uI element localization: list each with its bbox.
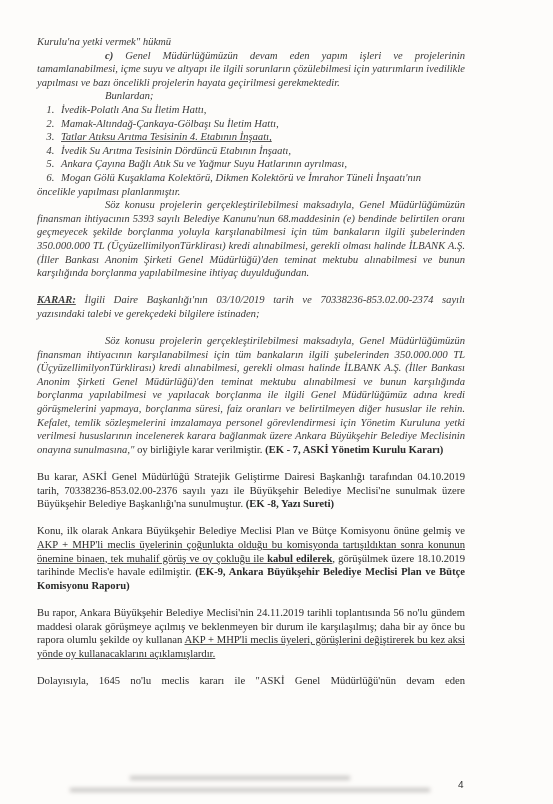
paragraph-soz-1: Söz konusu projelerin gerçekleştirilebil… bbox=[37, 199, 465, 281]
page-body: Kurulu'na yetki vermek" hükmü c) Genel M… bbox=[37, 36, 465, 689]
paragraph-soz-2: Söz konusu projelerin gerçekleştirilebil… bbox=[37, 335, 465, 457]
list-item: İvedik Su Arıtma Tesisinin Dördüncü Etab… bbox=[57, 145, 465, 159]
paragraph-bu-karar: Bu karar, ASKİ Genel Müdürlüğü Stratejik… bbox=[37, 471, 465, 512]
paragraph-c: c) Genel Müdürlüğümüzün devam eden yapım… bbox=[37, 50, 465, 91]
list-tail: öncelikle yapılması planlanmıştır. bbox=[37, 186, 465, 200]
paragraph-rapor: Bu rapor, Ankara Büyükşehir Belediye Mec… bbox=[37, 607, 465, 661]
list-item: Mogan Gölü Kuşaklama Kolektörü, Dikmen K… bbox=[57, 172, 465, 186]
document-page: Kurulu'na yetki vermek" hükmü c) Genel M… bbox=[0, 0, 553, 804]
list-item: Tatlar Atıksu Arıtma Tesisinin 4. Etabın… bbox=[57, 131, 465, 145]
paragraph-karar: KARAR: İlgili Daire Başkanlığı'nın 03/10… bbox=[37, 294, 465, 321]
intro-line: Kurulu'na yetki vermek" hükmü bbox=[37, 36, 465, 50]
page-number: 4 bbox=[458, 780, 464, 791]
paragraph-konu: Konu, ilk olarak Ankara Büyükşehir Beled… bbox=[37, 525, 465, 593]
project-list: İvedik-Polatlı Ana Su İletim Hattı, Mama… bbox=[37, 104, 465, 186]
paragraph-dolayisiyla: Dolayısıyla, 1645 no'lu meclis kararı il… bbox=[37, 675, 465, 689]
list-item: İvedik-Polatlı Ana Su İletim Hattı, bbox=[57, 104, 465, 118]
list-item: Ankara Çayına Bağlı Atık Su ve Yağmur Su… bbox=[57, 158, 465, 172]
bunlardan-label: Bunlardan; bbox=[37, 90, 465, 104]
list-item: Mamak-Altındağ-Çankaya-Gölbaşı Su İletim… bbox=[57, 118, 465, 132]
